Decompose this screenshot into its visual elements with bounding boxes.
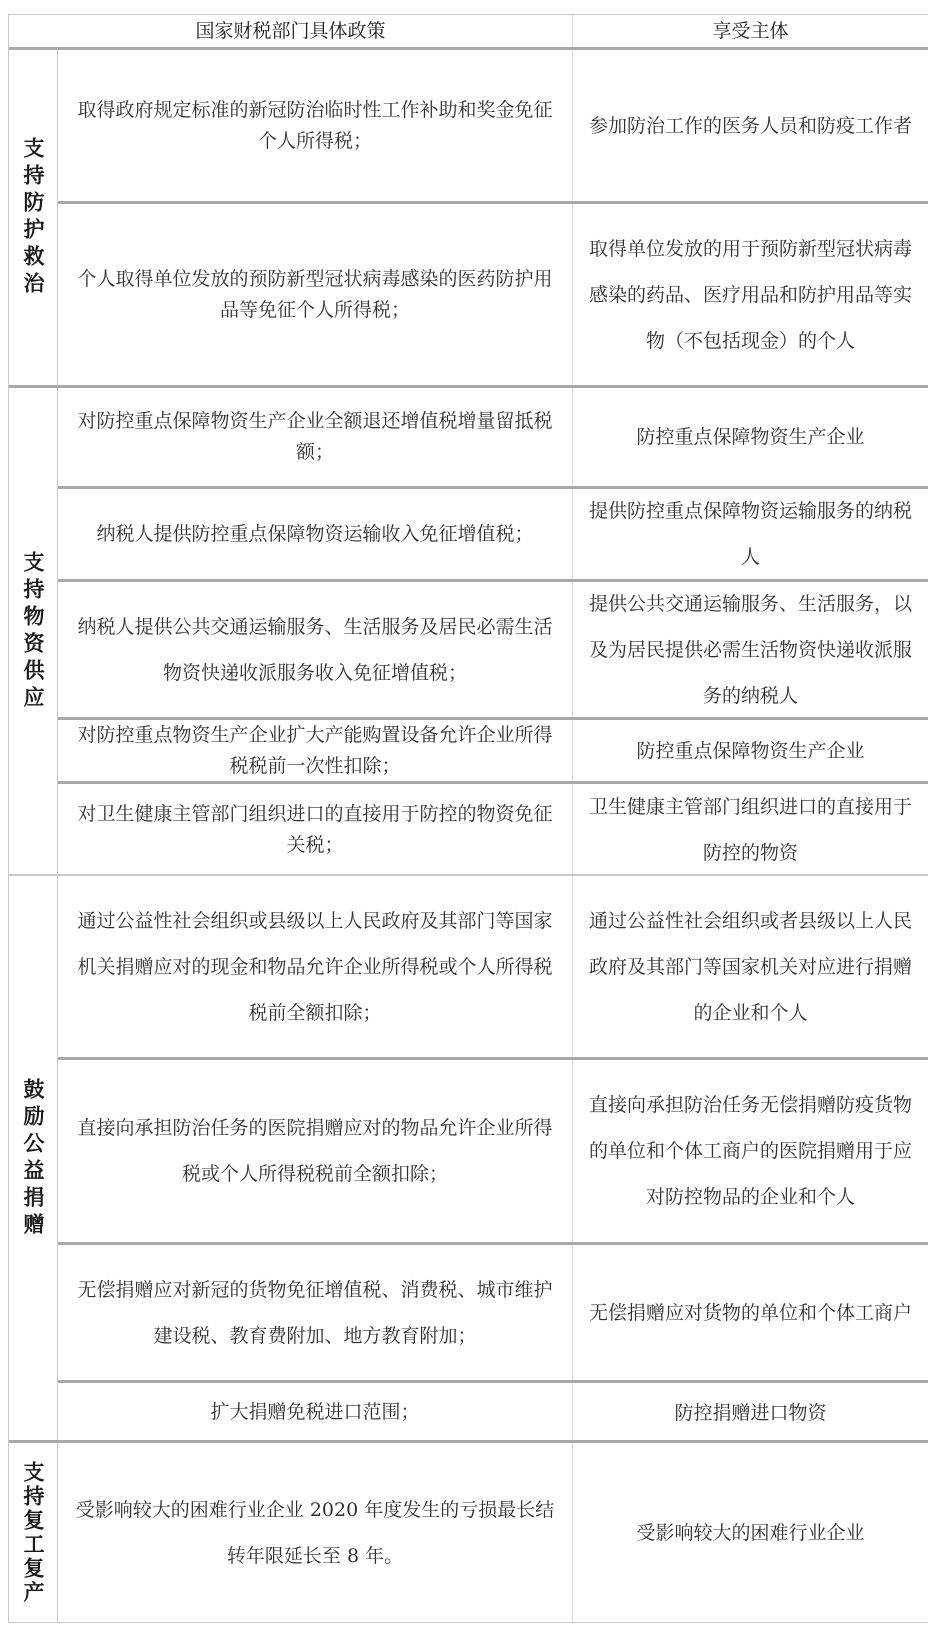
group-supply-support: 支持物资供应 对防控重点保障物资生产企业全额退还增值税增量留抵税额； 防控重点保… [9,385,928,875]
policy-cell: 对防控重点物资生产企业扩大产能购置设备允许企业所得税税前一次性扣除； [58,720,573,781]
policy-cell: 直接向承担防治任务的医院捐赠应对的物品允许企业所得税或个人所得税税前全额扣除； [58,1060,573,1242]
category-cell: 支持物资供应 [9,388,58,875]
category-cell: 支持复工复产 [9,1443,58,1623]
policy-cell: 受影响较大的困难行业企业 2020 年度发生的亏损最长结转年限延长至 8 年。 [58,1443,573,1623]
policy-cell: 个人取得单位发放的预防新型冠状病毒感染的医药防护用品等免征个人所得税； [58,204,573,385]
group-protection-treatment: 支持防护救治 取得政府规定标准的新冠防治临时性工作补助和奖金免征个人所得税； 参… [9,50,928,385]
policy-cell: 无偿捐赠应对新冠的货物免征增值税、消费税、城市维护建设税、教育费附加、地方教育附… [58,1245,573,1380]
policy-cell: 扩大捐赠免税进口范围； [58,1383,573,1442]
table-row: 对防控重点物资生产企业扩大产能购置设备允许企业所得税税前一次性扣除； 防控重点保… [58,717,928,781]
table-row: 扩大捐赠免税进口范围； 防控捐赠进口物资 [58,1380,928,1442]
table-row: 无偿捐赠应对新冠的货物免征增值税、消费税、城市维护建设税、教育费附加、地方教育附… [58,1242,928,1380]
policy-cell: 对防控重点保障物资生产企业全额退还增值税增量留抵税额； [58,388,573,486]
table-row: 对防控重点保障物资生产企业全额退还增值税增量留抵税额； 防控重点保障物资生产企业 [58,388,928,486]
policy-table: 国家财税部门具体政策 享受主体 支持防护救治 取得政府规定标准的新冠防治临时性工… [8,14,928,1623]
table-row: 个人取得单位发放的预防新型冠状病毒感染的医药防护用品等免征个人所得税； 取得单位… [58,201,928,385]
subject-cell: 参加防治工作的医务人员和防疫工作者 [573,50,928,201]
table-row: 通过公益性社会组织或县级以上人民政府及其部门等国家机关捐赠应对的现金和物品允许企… [58,876,928,1057]
policy-cell: 纳税人提供公共交通运输服务、生活服务及居民必需生活物资快递收派服务收入免征增值税… [58,582,573,717]
subject-cell: 直接向承担防治任务无偿捐赠防疫货物的单位和个体工商户的医院捐赠用于应对防控物品的… [573,1060,928,1242]
subject-cell: 防控捐赠进口物资 [573,1383,928,1442]
category-cell: 鼓励公益捐赠 [9,876,58,1442]
category-label: 支持物资供应 [18,551,48,713]
subject-cell: 通过公益性社会组织或者县级以上人民政府及其部门等国家机关对应进行捐赠的企业和个人 [573,876,928,1057]
policy-cell: 对卫生健康主管部门组织进口的直接用于防控的物资免征关税； [58,784,573,875]
policy-cell: 纳税人提供防控重点保障物资运输收入免征增值税； [58,489,573,579]
header-subject: 享受主体 [573,15,928,47]
category-cell: 支持防护救治 [9,50,58,385]
policy-cell: 取得政府规定标准的新冠防治临时性工作补助和奖金免征个人所得税； [58,50,573,201]
subject-cell: 取得单位发放的用于预防新型冠状病毒感染的药品、医疗用品和防护用品等实物（不包括现… [573,204,928,385]
subject-cell: 受影响较大的困难行业企业 [573,1443,928,1623]
group-resume-production: 支持复工复产 受影响较大的困难行业企业 2020 年度发生的亏损最长结转年限延长… [9,1440,928,1623]
table-row: 直接向承担防治任务的医院捐赠应对的物品允许企业所得税或个人所得税税前全额扣除； … [58,1057,928,1242]
table-row: 取得政府规定标准的新冠防治临时性工作补助和奖金免征个人所得税； 参加防治工作的医… [58,50,928,201]
subject-cell: 防控重点保障物资生产企业 [573,388,928,486]
category-label: 支持防护救治 [18,137,48,299]
group-charity-donation: 鼓励公益捐赠 通过公益性社会组织或县级以上人民政府及其部门等国家机关捐赠应对的现… [9,874,928,1442]
table-row: 纳税人提供公共交通运输服务、生活服务及居民必需生活物资快递收派服务收入免征增值税… [58,579,928,717]
category-label: 支持复工复产 [18,1461,48,1605]
policy-cell: 通过公益性社会组织或县级以上人民政府及其部门等国家机关捐赠应对的现金和物品允许企… [58,876,573,1057]
subject-cell: 卫生健康主管部门组织进口的直接用于防控的物资 [573,784,928,875]
subject-cell: 防控重点保障物资生产企业 [573,720,928,781]
table-header: 国家财税部门具体政策 享受主体 [9,15,928,50]
table-row: 受影响较大的困难行业企业 2020 年度发生的亏损最长结转年限延长至 8 年。 … [58,1443,928,1623]
table-row: 纳税人提供防控重点保障物资运输收入免征增值税； 提供防控重点保障物资运输服务的纳… [58,486,928,579]
subject-cell: 提供防控重点保障物资运输服务的纳税人 [573,489,928,579]
subject-cell: 提供公共交通运输服务、生活服务，以及为居民提供必需生活物资快递收派服务的纳税人 [573,582,928,717]
header-policy: 国家财税部门具体政策 [9,15,573,47]
category-label: 鼓励公益捐赠 [18,1078,48,1240]
subject-cell: 无偿捐赠应对货物的单位和个体工商户 [573,1245,928,1380]
table-row: 对卫生健康主管部门组织进口的直接用于防控的物资免征关税； 卫生健康主管部门组织进… [58,781,928,875]
